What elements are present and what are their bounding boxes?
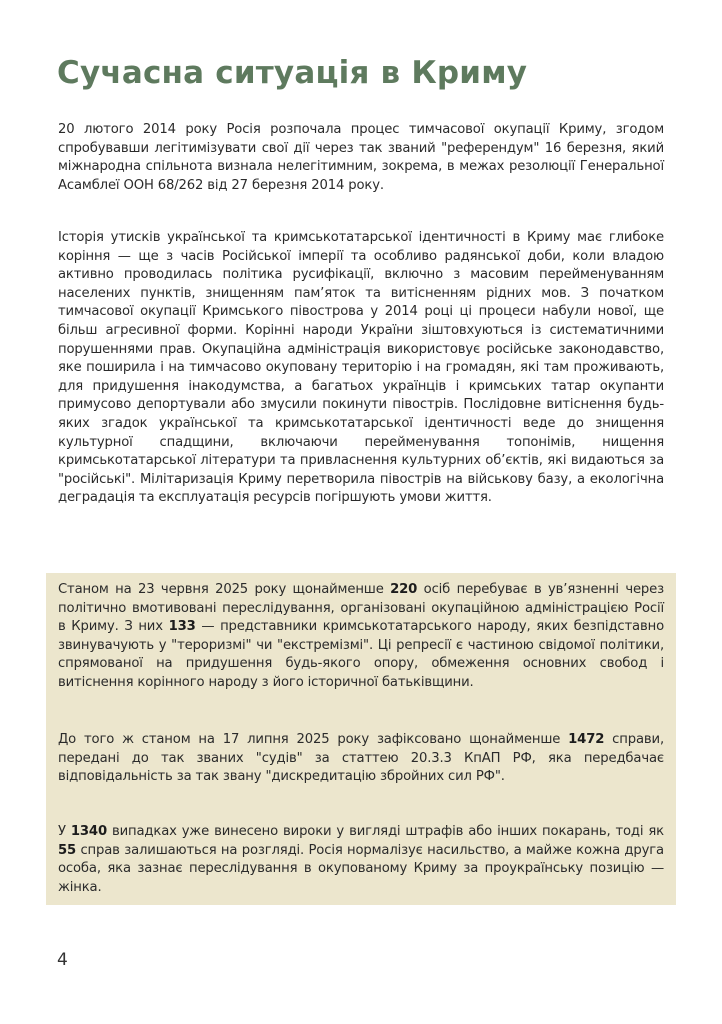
text-segment: випадках уже винесено вироки у вигляді ш… bbox=[107, 824, 664, 839]
history-paragraph: Історія утисків української та кримськот… bbox=[58, 229, 664, 508]
cases-paragraph: До того ж станом на 17 липня 2025 року з… bbox=[58, 731, 664, 787]
stat-crimean-tatar-prisoners: 133 bbox=[169, 619, 196, 634]
prisoners-paragraph: Станом на 23 червня 2025 року щонайменше… bbox=[58, 581, 664, 693]
text-segment: До того ж станом на 17 липня 2025 року з… bbox=[58, 732, 568, 747]
intro-paragraph: 20 лютого 2014 року Росія розпочала проц… bbox=[58, 121, 664, 195]
text-segment: Станом на 23 червня 2025 року щонайменше bbox=[58, 582, 390, 597]
sentences-paragraph: У 1340 випадках уже винесено вироки у ви… bbox=[58, 823, 664, 897]
text-segment: справ залишаються на розгляді. Росія нор… bbox=[58, 843, 664, 895]
text-segment: У bbox=[58, 824, 71, 839]
page-number: 4 bbox=[57, 950, 68, 970]
stat-pending-cases: 55 bbox=[58, 843, 76, 858]
highlight-box: Станом на 23 червня 2025 року щонайменше… bbox=[46, 573, 676, 905]
stat-cases-total: 1472 bbox=[568, 732, 604, 747]
page-title: Сучасна ситуація в Криму bbox=[57, 55, 527, 91]
stat-prisoners-total: 220 bbox=[390, 582, 417, 597]
stat-sentenced-cases: 1340 bbox=[71, 824, 107, 839]
